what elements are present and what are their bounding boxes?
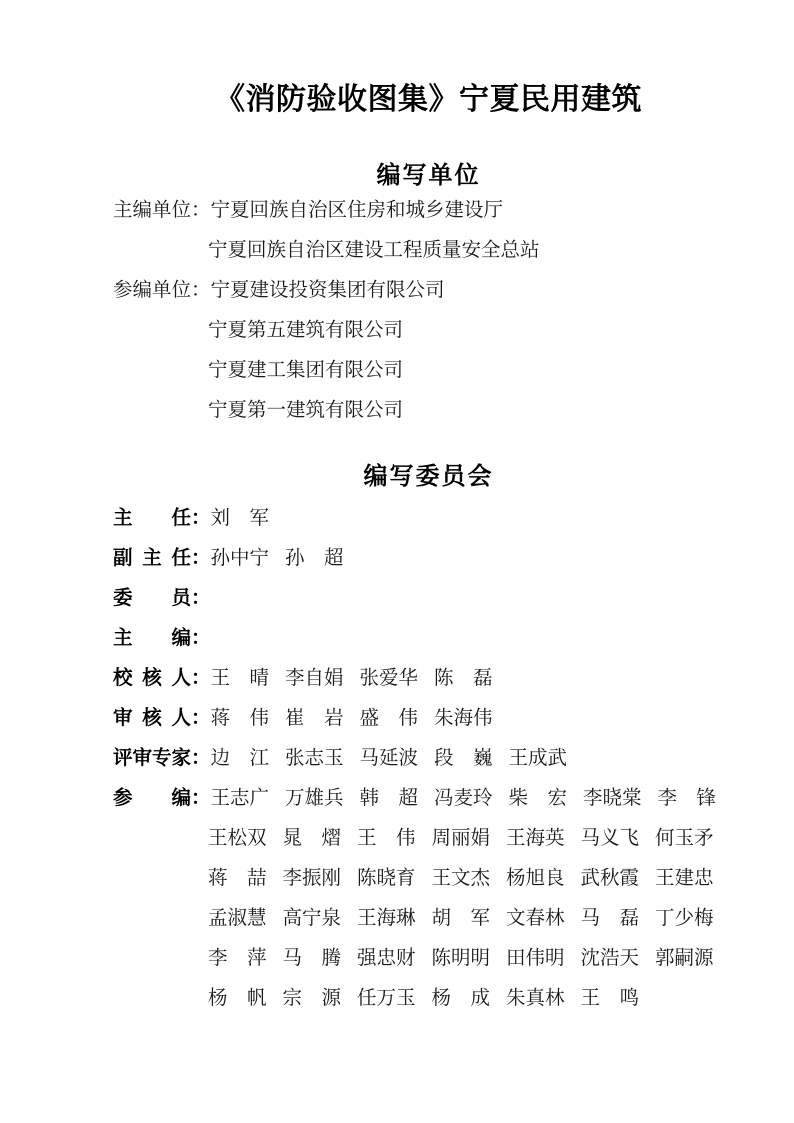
person-name: 柴 宏 [509, 779, 568, 819]
person-name: 崔 岩 [285, 699, 344, 739]
unit-name: 宁夏第一建筑有限公司 [208, 391, 403, 431]
person-name: 强忠财 [357, 939, 416, 979]
unit-name: 宁夏回族自治区住房和城乡建设厅 [211, 191, 504, 231]
person-name: 杨旭良 [506, 859, 565, 899]
person-name: 沈浩天 [581, 939, 640, 979]
person-name: 晁 熠 [283, 819, 342, 859]
committee-row: 蒋 喆李振刚陈晓育王文杰杨旭良武秋霞王建忠 [113, 858, 744, 898]
row-label-cell: 副主任： [113, 538, 211, 578]
row-label-cell: 审核人： [113, 698, 211, 738]
row-colon: ： [191, 787, 211, 809]
row-label: 主编单位 [113, 191, 191, 231]
row-label: 校核人 [113, 658, 191, 698]
person-name: 王 晴 [211, 659, 270, 699]
row-colon: ： [191, 547, 211, 569]
person-name: 冯麦玲 [434, 779, 493, 819]
row-colon: ： [191, 627, 211, 649]
person-name: 朱真林 [506, 979, 565, 1019]
names-list: 孟淑慧高宁泉王海琳胡 军文春林马 磊丁少梅 [208, 899, 714, 939]
row-label-cell [113, 858, 208, 898]
row-label-cell [113, 311, 208, 351]
row-label-cell: 主编单位： [113, 191, 211, 231]
row-label: 参编 [113, 778, 191, 818]
row-label-cell [113, 818, 208, 858]
row-label-cell [113, 978, 208, 1018]
row-colon: ： [191, 507, 211, 529]
person-name: 朱海伟 [434, 699, 493, 739]
section-heading-units: 编写单位 [113, 161, 744, 191]
person-name: 何玉矛 [655, 819, 714, 859]
person-name: 孙 超 [285, 539, 344, 579]
person-name: 郭嗣源 [655, 939, 714, 979]
person-name: 马延波 [360, 739, 419, 779]
person-name: 李自娟 [285, 659, 344, 699]
row-label: 审核人 [113, 698, 191, 738]
person-name: 王 鸣 [581, 979, 640, 1019]
row-label-cell: 参编： [113, 778, 211, 818]
committee-row: 参编： 王志广万雄兵韩 超冯麦玲柴 宏李晓棠李 锋 [113, 778, 744, 818]
person-name: 马 腾 [283, 939, 342, 979]
row-label-cell: 主任： [113, 498, 211, 538]
row-label-cell: 委员： [113, 578, 211, 618]
row-label-cell [113, 898, 208, 938]
person-name: 任万玉 [357, 979, 416, 1019]
person-name: 胡 军 [432, 899, 491, 939]
person-name: 边 江 [211, 739, 270, 779]
person-name: 宗 源 [283, 979, 342, 1019]
row-colon: ： [191, 280, 211, 301]
names-list: 蒋 喆李振刚陈晓育王文杰杨旭良武秋霞王建忠 [208, 859, 714, 899]
person-name: 段 巍 [434, 739, 493, 779]
person-name: 杨 帆 [208, 979, 267, 1019]
person-name: 刘 军 [211, 499, 270, 539]
section-heading-committee: 编写委员会 [113, 462, 744, 492]
names-list: 孙中宁孙 超 [211, 539, 344, 579]
person-name: 周丽娟 [432, 819, 491, 859]
person-name: 韩 超 [360, 779, 419, 819]
row-label: 主编 [113, 618, 191, 658]
person-name: 高宁泉 [283, 899, 342, 939]
unit-row: 宁夏第五建筑有限公司 [113, 311, 744, 351]
row-colon: ： [191, 200, 211, 221]
person-name: 武秋霞 [581, 859, 640, 899]
person-name: 蒋 喆 [208, 859, 267, 899]
row-colon: ： [191, 707, 211, 729]
person-name: 田伟明 [506, 939, 565, 979]
person-name: 丁少梅 [655, 899, 714, 939]
names-list: 王松双晁 熠王 伟周丽娟王海英马义飞何玉矛 [208, 819, 714, 859]
unit-row: 宁夏第一建筑有限公司 [113, 391, 744, 431]
names-list: 王 晴李自娟张爱华陈 磊 [211, 659, 493, 699]
person-name: 杨 成 [432, 979, 491, 1019]
row-label: 评审专家 [113, 738, 191, 778]
person-name: 王建忠 [655, 859, 714, 899]
unit-row: 主编单位： 宁夏回族自治区住房和城乡建设厅 [113, 191, 744, 231]
person-name: 王松双 [208, 819, 267, 859]
committee-row: 校核人： 王 晴李自娟张爱华陈 磊 [113, 658, 744, 698]
person-name: 陈 磊 [434, 659, 493, 699]
person-name: 孙中宁 [211, 539, 270, 579]
row-label-cell [113, 938, 208, 978]
unit-row: 宁夏建工集团有限公司 [113, 351, 744, 391]
section-committee: 编写委员会 主任： 刘 军 副主任： 孙中宁孙 超 委员： 主编： 校核人： 王… [113, 462, 744, 1018]
row-label-cell: 评审专家： [113, 738, 211, 778]
unit-name: 宁夏建工集团有限公司 [208, 351, 403, 391]
section-units: 编写单位 主编单位： 宁夏回族自治区住房和城乡建设厅 宁夏回族自治区建设工程质量… [113, 161, 744, 431]
committee-row: 李 萍马 腾强忠财陈明明田伟明沈浩天郭嗣源 [113, 938, 744, 978]
person-name: 李 萍 [208, 939, 267, 979]
person-name: 王海琳 [357, 899, 416, 939]
row-label-cell [113, 231, 208, 271]
row-label-cell: 主编： [113, 618, 211, 658]
person-name: 陈明明 [432, 939, 491, 979]
person-name: 文春林 [506, 899, 565, 939]
row-label-cell [113, 391, 208, 431]
unit-row: 宁夏回族自治区建设工程质量安全总站 [113, 231, 744, 271]
person-name: 陈晓育 [357, 859, 416, 899]
committee-row: 主编： [113, 618, 744, 658]
unit-row: 参编单位： 宁夏建设投资集团有限公司 [113, 271, 744, 311]
unit-name: 宁夏建设投资集团有限公司 [211, 271, 445, 311]
names-list: 李 萍马 腾强忠财陈明明田伟明沈浩天郭嗣源 [208, 939, 714, 979]
person-name: 盛 伟 [360, 699, 419, 739]
committee-row: 主任： 刘 军 [113, 498, 744, 538]
committee-row: 评审专家： 边 江张志玉马延波段 巍王成武 [113, 738, 744, 778]
person-name: 张爱华 [360, 659, 419, 699]
names-list: 刘 军 [211, 499, 270, 539]
row-label: 主任 [113, 498, 191, 538]
names-list: 边 江张志玉马延波段 巍王成武 [211, 739, 568, 779]
committee-row: 孟淑慧高宁泉王海琳胡 军文春林马 磊丁少梅 [113, 898, 744, 938]
committee-row: 杨 帆宗 源任万玉杨 成朱真林王 鸣 [113, 978, 744, 1018]
person-name: 万雄兵 [285, 779, 344, 819]
person-name: 王文杰 [432, 859, 491, 899]
unit-name: 宁夏回族自治区建设工程质量安全总站 [208, 231, 540, 271]
person-name: 王志广 [211, 779, 270, 819]
person-name: 王 伟 [357, 819, 416, 859]
document-page: 《消防验收图集》宁夏民用建筑 编写单位 主编单位： 宁夏回族自治区住房和城乡建设… [0, 0, 794, 1123]
row-colon: ： [191, 587, 211, 609]
committee-row: 审核人： 蒋 伟崔 岩盛 伟朱海伟 [113, 698, 744, 738]
person-name: 李振刚 [283, 859, 342, 899]
document-title: 《消防验收图集》宁夏民用建筑 [113, 82, 744, 118]
row-colon: ： [191, 667, 211, 689]
unit-name: 宁夏第五建筑有限公司 [208, 311, 403, 351]
row-label: 委员 [113, 578, 191, 618]
person-name: 张志玉 [285, 739, 344, 779]
person-name: 孟淑慧 [208, 899, 267, 939]
person-name: 马 磊 [581, 899, 640, 939]
names-list: 蒋 伟崔 岩盛 伟朱海伟 [211, 699, 493, 739]
row-label-cell [113, 351, 208, 391]
person-name: 李晓棠 [583, 779, 642, 819]
row-colon: ： [191, 747, 211, 769]
committee-rows: 主任： 刘 军 副主任： 孙中宁孙 超 委员： 主编： 校核人： 王 晴李自娟张… [113, 498, 744, 1018]
row-label: 参编单位 [113, 271, 191, 311]
committee-row: 委员： [113, 578, 744, 618]
person-name: 王成武 [509, 739, 568, 779]
person-name: 蒋 伟 [211, 699, 270, 739]
row-label-cell: 参编单位： [113, 271, 211, 311]
row-label-cell: 校核人： [113, 658, 211, 698]
committee-row: 王松双晁 熠王 伟周丽娟王海英马义飞何玉矛 [113, 818, 744, 858]
names-list: 杨 帆宗 源任万玉杨 成朱真林王 鸣 [208, 979, 639, 1019]
person-name: 李 锋 [658, 779, 717, 819]
person-name: 马义飞 [581, 819, 640, 859]
names-list: 王志广万雄兵韩 超冯麦玲柴 宏李晓棠李 锋 [211, 779, 717, 819]
person-name: 王海英 [506, 819, 565, 859]
units-rows: 主编单位： 宁夏回族自治区住房和城乡建设厅 宁夏回族自治区建设工程质量安全总站 … [113, 191, 744, 431]
committee-row: 副主任： 孙中宁孙 超 [113, 538, 744, 578]
row-label: 副主任 [113, 538, 191, 578]
